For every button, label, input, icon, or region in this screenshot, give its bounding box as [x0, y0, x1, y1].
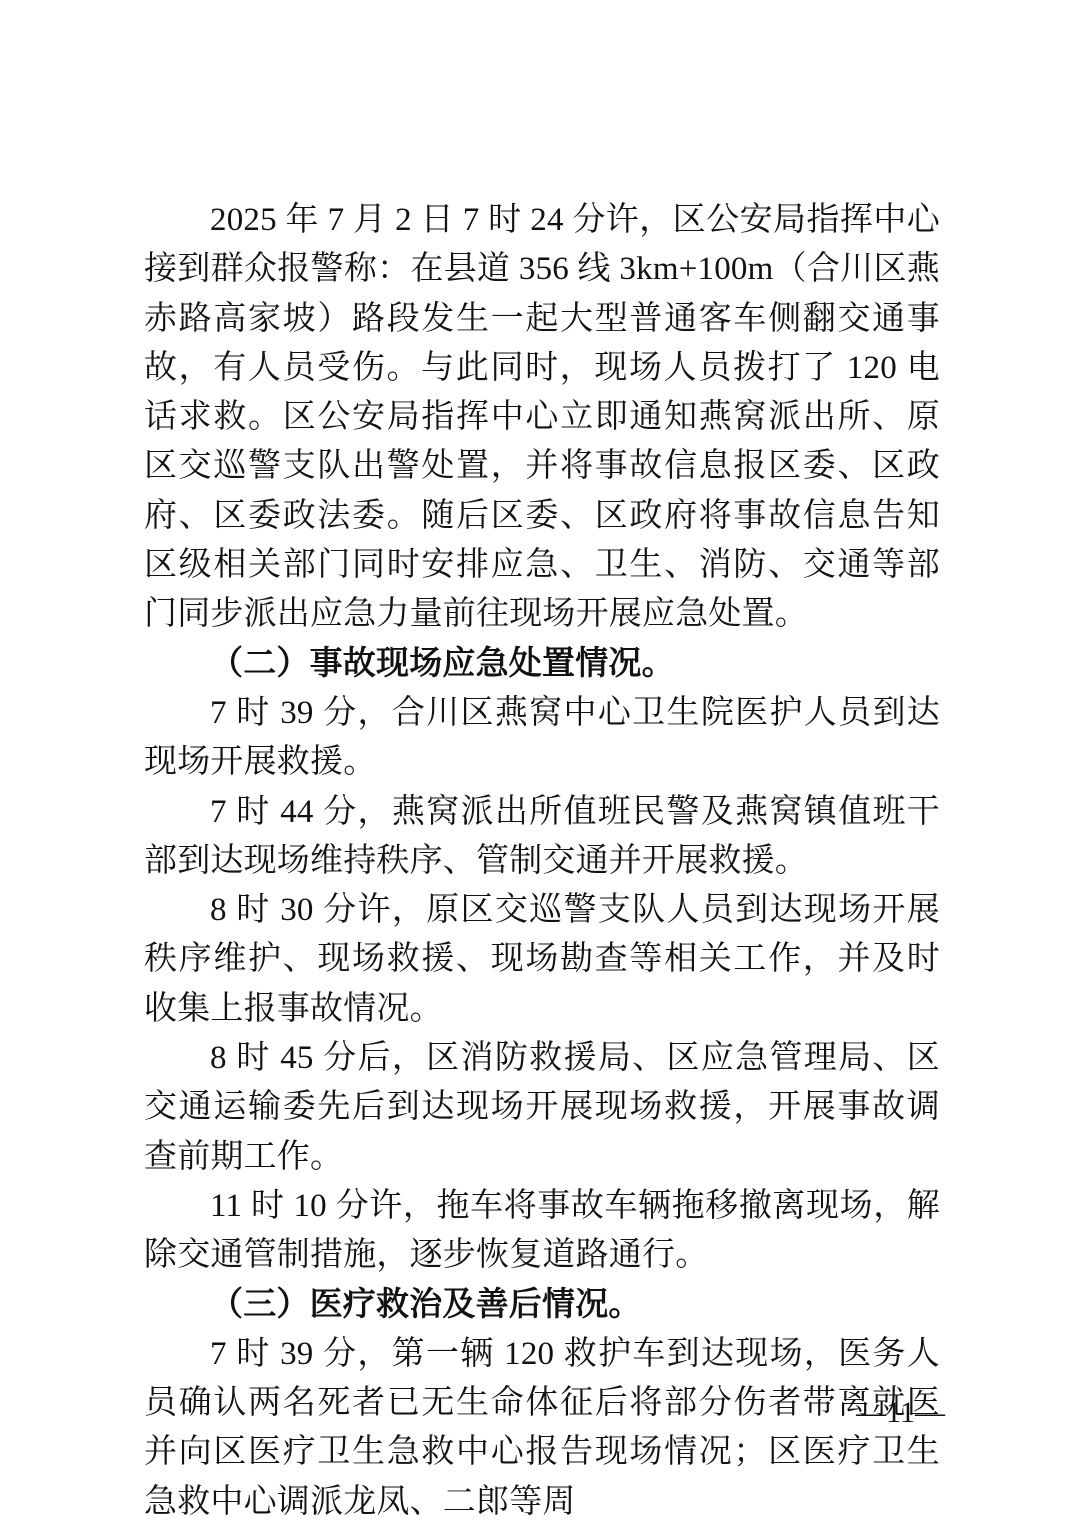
body-paragraph: 8 时 30 分许，原区交巡警支队人员到达现场开展秩序维护、现场救援、现场勘查等…	[144, 886, 940, 1034]
body-paragraph: 2025 年 7 月 2 日 7 时 24 分许，区公安局指挥中心接到群众报警称…	[144, 196, 940, 640]
document-body: 2025 年 7 月 2 日 7 时 24 分许，区公安局指挥中心接到群众报警称…	[144, 196, 940, 1520]
section-heading-3: （三）医疗救治及善后情况。	[144, 1281, 940, 1330]
body-paragraph: 7 时 44 分，燕窝派出所值班民警及燕窝镇值班干部到达现场维持秩序、管制交通并…	[144, 788, 940, 887]
page-number: —11—	[856, 1396, 945, 1430]
section-heading-2: （二）事故现场应急处置情况。	[144, 640, 940, 689]
document-page: 2025 年 7 月 2 日 7 时 24 分许，区公安局指挥中心接到群众报警称…	[0, 0, 1074, 1520]
body-paragraph: 7 时 39 分，合川区燕窝中心卫生院医护人员到达现场开展救援。	[144, 689, 940, 788]
body-paragraph: 7 时 39 分，第一辆 120 救护车到达现场，医务人员确认两名死者已无生命体…	[144, 1330, 940, 1520]
body-paragraph: 8 时 45 分后，区消防救援局、区应急管理局、区交通运输委先后到达现场开展现场…	[144, 1034, 940, 1182]
body-paragraph: 11 时 10 分许，拖车将事故车辆拖移撤离现场，解除交通管制措施，逐步恢复道路…	[144, 1182, 940, 1281]
